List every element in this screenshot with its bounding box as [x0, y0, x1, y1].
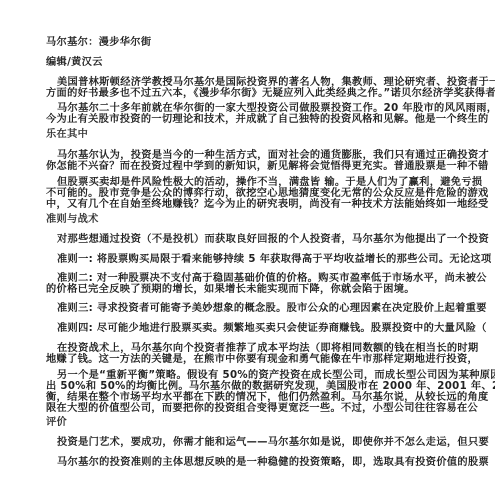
paragraph-line: 但股票买卖却是件风险性极大的活动，操作不当，满盘皆 输。于是人们为了赢利，避免亏… — [57, 177, 482, 188]
paragraph-line: 投资是门艺术，要成功，你需才能和运气——马尔基尔如是说，即使你并不怎么走运，但只… — [57, 437, 489, 448]
paragraph-line: 另一个是“重新平衡”策略。假设有 50%的资产投资在成长型公司，而成长型公司因为… — [57, 370, 495, 381]
rule-four-line: 准则四: 尽可能少地进行股票买卖。频繁地买卖只会使证券商赚钱。股票投资中的大量风… — [57, 323, 487, 334]
paragraph-line: 你怎能不兴奋？而在投资过程中学到的新知识，新见解将会觉悟得更充实。普通股票是一种… — [46, 161, 489, 172]
paragraph-line: 今为止有关股市投资的一切理论和技术，并成就了自己独特的投资风格和见解。他是一个终… — [46, 114, 489, 125]
document-page: 马尔基尔：漫步华尔街 编辑/黄汉云 美国普林斯顿经济学教授马尔基尔是国际投资界的… — [0, 0, 495, 495]
paragraph-line: 在投资战术上，马尔基尔向个投资者推荐了成本平均法（即将相同数额的钱在相当长的时期 — [57, 343, 479, 354]
section-heading: 乐在其中 — [46, 129, 88, 140]
paragraph-line: 的价格已完全反映了预期的增长，如果增长未能实现而下降，你就会陷于困境。 — [46, 284, 415, 295]
paragraph-line: 马尔基尔二十多年前就在华尔街的一家大型投资公司做股票投资工作。20 年股市的风风… — [57, 103, 495, 114]
paragraph-line: 对那些想通过投资（不是投机）而获取良好回报的个人投资者，马尔基尔为他提出了一个投… — [57, 234, 489, 245]
paragraph-line: 马尔基尔认为，投资是当今的一种生活方式，面对社会的通货膨胀，我们只有通过正确投资… — [57, 150, 489, 161]
paragraph-line: 衡，结果在整个市场平均水平都在下跌的情况下，他们仍然盈利。马尔基尔说，从较长远的… — [46, 392, 489, 403]
paragraph-line: 方面的好书最多也不过五六本，《漫步华尔街》无疑应列入此类经典之作。”诺贝尔经济学… — [46, 88, 495, 99]
paragraph-line: 中，又有几个在自始至终地赚钱？迄今为止的研究表明，尚没有一种技术方法能始终如一地… — [46, 199, 489, 210]
editor-credit: 编辑/黄汉云 — [46, 57, 103, 68]
paragraph-line: 地赚了钱。这一方法的关键是，在熊市中你要有现金和勇气能像在牛市那样定期地进行投资… — [46, 354, 478, 365]
paragraph-line: 限在大型的价值型公司，而要把你的投资组合变得更宽泛一些。不过，小型公司往往容易在… — [46, 403, 478, 414]
rule-one-line: 准则一: 将股票购买局限于看来能够持续 5 年获取得高于平均收益增长的那些公司。… — [57, 254, 492, 265]
document-title: 马尔基尔：漫步华尔街 — [46, 37, 151, 48]
rule-three-line: 准则三: 寻求投资者可能寄予美妙想象的概念股。股市公众的心理因素在决定股价上起着… — [57, 303, 487, 314]
paragraph-line: 美国普林斯顿经济学教授马尔基尔是国际投资界的著名人物，集教师、理论研究者、投资者… — [57, 77, 495, 88]
section-heading: 评价 — [46, 417, 67, 428]
rule-two-line: 准则二: 对一种股票决不支付高于稳固基础价值的价格。购买市盈率低于市场水平，尚未… — [57, 273, 487, 284]
section-heading: 准则与战术 — [46, 214, 99, 225]
paragraph-line: 出 50%和 50%的均衡比例。马尔基尔做的数据研究发现，美国股市在 2000 … — [46, 381, 495, 392]
paragraph-line: 不可能的。股市竞争是公众的博弈行动，欲挖空心思地猜度变化无常的公众反应是件危险的… — [46, 188, 489, 199]
paragraph-line: 马尔基尔的投资准则的主体思想反映的是一种稳健的投资策略，即，选取具有投资价值的股… — [57, 457, 489, 468]
